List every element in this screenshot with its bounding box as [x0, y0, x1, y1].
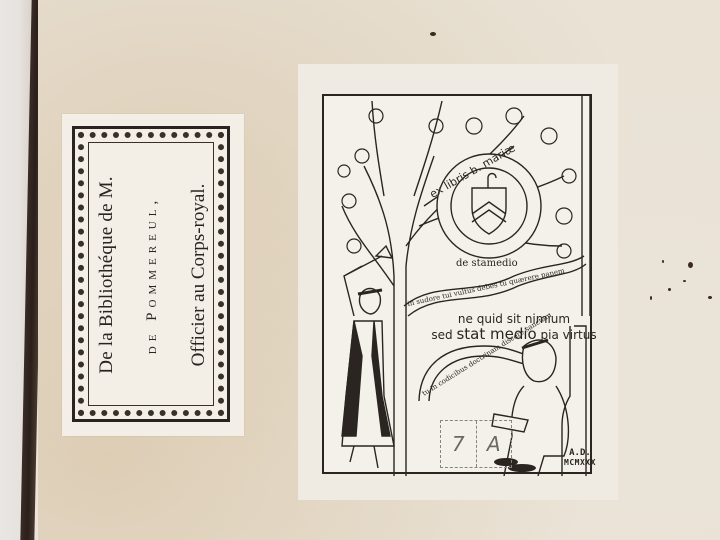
engraving-illustration: ex libris b. mariæ de stamedio in sudore… [324, 96, 594, 476]
date-ad: A.D. [564, 448, 596, 458]
foxing-spot [668, 288, 671, 291]
foxing-spot [662, 260, 664, 263]
motto-line-2-pre: sed [431, 328, 456, 342]
bookplate-line-owner: de Pommereul, [144, 196, 161, 354]
motto-line-2-post: pia virtus [537, 328, 597, 342]
shelfmark-box: 7 A [440, 420, 512, 468]
motto-line-2: sed stat medio pia virtus [424, 327, 604, 343]
bookplate-pommereul: De la Bibliothéque de M. de Pommereul, O… [62, 114, 244, 436]
bookplate-frame: ex libris b. mariæ de stamedio in sudore… [322, 94, 592, 474]
date-inscription: A.D. MCMXXX [564, 448, 596, 467]
motto-line-2-emph: stat medio [456, 325, 536, 343]
foxing-spot [430, 32, 436, 36]
shelfmark-letter: A [476, 421, 512, 467]
svg-text:in sudore tui vultus debes tu: in sudore tui vultus debes tu quærere pa… [407, 267, 566, 308]
svg-text:de stamedio: de stamedio [456, 258, 518, 269]
bookplate-stamedio: ex libris b. mariæ de stamedio in sudore… [298, 64, 618, 500]
shelfmark-number: 7 [441, 421, 476, 467]
bookplate-line-library: De la Bibliothéque de M. [96, 176, 118, 373]
date-year: MCMXXX [564, 458, 596, 467]
bookplate-line-title: Officier au Corps-royal. [188, 184, 210, 367]
book-pastedown-photo: De la Bibliothéque de M. de Pommereul, O… [0, 0, 720, 540]
foxing-spot [708, 296, 712, 299]
bookplate-text: De la Bibliothéque de M. de Pommereul, O… [83, 140, 223, 410]
foxing-spot [688, 262, 693, 268]
foxing-spot [650, 296, 652, 300]
foxing-spot [683, 280, 686, 282]
motto: ne quid sit nimium sed stat medio pia vi… [424, 312, 604, 343]
